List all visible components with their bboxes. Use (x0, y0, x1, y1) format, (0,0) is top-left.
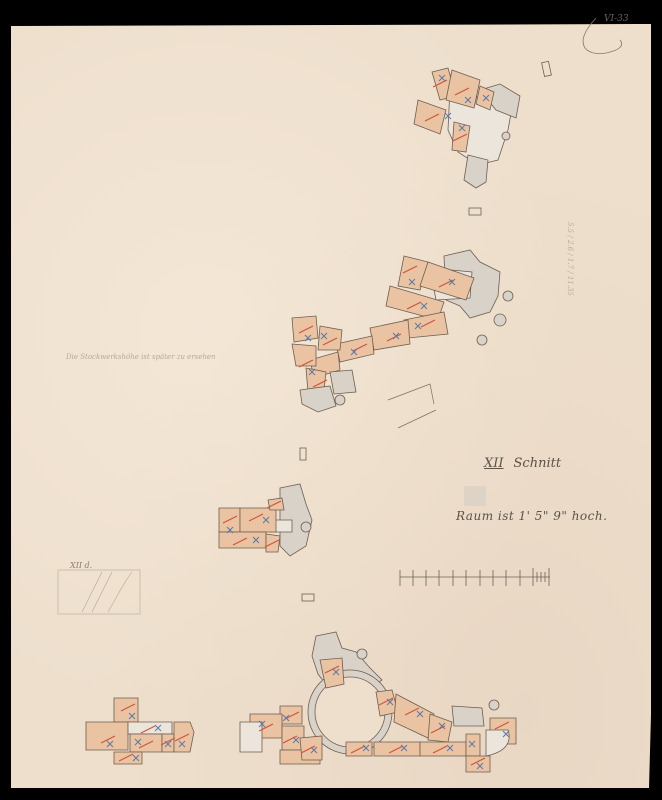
architectural-drawing (0, 0, 662, 800)
plan-long-wing (292, 250, 513, 412)
detached-block (469, 208, 481, 215)
detached-block (542, 61, 552, 76)
plan-top-tower (414, 68, 520, 188)
scale-bar (400, 568, 550, 586)
detached-block (302, 594, 314, 601)
plan-bottom-round (240, 632, 516, 772)
detail-sketch (58, 570, 140, 614)
plan-small-cluster (219, 484, 312, 556)
dimension-bracket (388, 384, 434, 404)
dimension-line (398, 410, 436, 428)
detached-block (300, 448, 306, 460)
paper-patch (464, 486, 486, 506)
plan-bottom-left (86, 698, 194, 764)
corner-scribble (583, 18, 622, 54)
